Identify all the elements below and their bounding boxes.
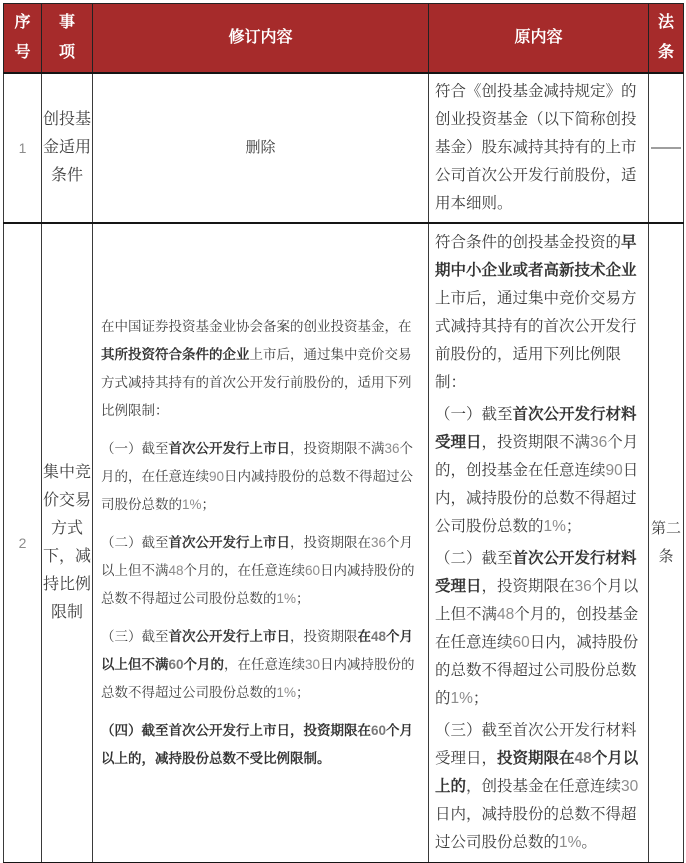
document-page: 序 号事 项修订内容原内容法 条 1创投基金适用条件删除符合《创投基金减持规定》… (0, 0, 686, 863)
column-header-revised: 修订内容 (93, 4, 429, 73)
numeric-text: 1% (451, 690, 473, 707)
emphasis-text: 首次公开发行上市日 (169, 535, 291, 550)
seq-cell: 2 (4, 223, 42, 863)
emphasis-text: 首次公开发行上市日 (169, 629, 291, 644)
paragraph: 符合《创投基金减持规定》的创业投资基金（以下简称创投基金）股东减持其持有的上市公… (435, 78, 642, 218)
numeric-text: 36 (590, 434, 607, 451)
law-article-cell: —— (649, 73, 684, 223)
plain-text: （三）截至 (101, 629, 169, 644)
plain-text: （一）截至 (101, 441, 169, 456)
table-header: 序 号事 项修订内容原内容法 条 (4, 4, 684, 73)
paragraph: 删除 (101, 134, 420, 162)
plain-text: 在中国证券投资基金业协会备案的创业投资基金，在 (101, 319, 412, 334)
original-content-cell: 符合《创投基金减持规定》的创业投资基金（以下简称创投基金）股东减持其持有的上市公… (429, 73, 649, 223)
plain-text: 删除 (245, 139, 275, 156)
plain-text: 符合《创投基金减持规定》的创业投资基金（以下简称创投基金）股东减持其持有的上市公… (435, 83, 637, 212)
numeric-text: 60 (513, 634, 530, 651)
numeric-text: 30 (305, 657, 320, 672)
numeric-text: 30 (621, 778, 638, 795)
paragraph: 在中国证券投资基金业协会备案的创业投资基金，在其所投资符合条件的企业上市后，通过… (101, 313, 420, 425)
revision-comparison-table: 序 号事 项修订内容原内容法 条 1创投基金适用条件删除符合《创投基金减持规定》… (3, 3, 684, 863)
numeric-text: 90 (606, 462, 623, 479)
numeric-text: 60 (371, 723, 386, 738)
plain-text: 上市后，通过集中竞价交易方式减持其持有的首次公开发行前股份的，适用下列比例限制： (435, 290, 637, 391)
plain-text: ，创投基金在任意连续30日内，减持股份的总数不得超过公司股份总数的1%。 (435, 778, 638, 851)
numeric-text: 1% (182, 497, 202, 512)
numeric-text: 2 (19, 535, 27, 551)
emphasis-text: （四）截至首次公开发行上市日，投资期限在60个月以上的，减持股份总数不受比例限制… (101, 723, 413, 766)
plain-text: （二）截至 (101, 535, 169, 550)
item-cell: 集中竞价交易方式下，减持比例限制 (42, 223, 93, 863)
emphasis-text: 其所投资符合条件的企业 (101, 347, 250, 362)
paragraph: （四）截至首次公开发行上市日，投资期限在60个月以上的，减持股份总数不受比例限制… (101, 717, 420, 773)
numeric-text: 36 (385, 441, 400, 456)
column-header-law: 法 条 (649, 4, 684, 73)
law-article-cell: 第二条 (649, 223, 684, 863)
numeric-text: 60 (169, 657, 184, 672)
numeric-text: 48 (371, 629, 386, 644)
column-header-item: 事 项 (42, 4, 93, 73)
plain-text: （二）截至 (435, 550, 513, 567)
numeric-text: 90 (209, 469, 224, 484)
numeric-text: 1% (277, 591, 297, 606)
column-header-seq: 序 号 (4, 4, 42, 73)
numeric-text: 1% (559, 834, 581, 851)
revised-content-cell: 在中国证券投资基金业协会备案的创业投资基金，在其所投资符合条件的企业上市后，通过… (93, 223, 429, 863)
paragraph: （二）截至首次公开发行上市日，投资期限在36个月以上但不满48个月的，在任意连续… (101, 529, 420, 613)
numeric-text: 1% (277, 685, 297, 700)
paragraph: （二）截至首次公开发行材料受理日，投资期限在36个月以上但不满48个月的，创投基… (435, 545, 642, 713)
table-row: 2集中竞价交易方式下，减持比例限制在中国证券投资基金业协会备案的创业投资基金，在… (4, 223, 684, 863)
numeric-text: 1 (19, 140, 27, 156)
emphasis-text: 首次公开发行上市日 (169, 441, 291, 456)
numeric-text: 1% (544, 518, 566, 535)
plain-text: 符合条件的创投基金投资的 (435, 234, 621, 251)
numeric-text: 36 (575, 578, 592, 595)
original-content-cell: 符合条件的创投基金投资的早期中小企业或者高新技术企业上市后，通过集中竞价交易方式… (429, 223, 649, 863)
paragraph: 符合条件的创投基金投资的早期中小企业或者高新技术企业上市后，通过集中竞价交易方式… (435, 229, 642, 397)
numeric-text: 48 (169, 563, 184, 578)
paragraph: （三）截至首次公开发行材料受理日，投资期限在48个月以上的，创投基金在任意连续3… (435, 717, 642, 857)
numeric-text: 36 (371, 535, 386, 550)
header-row: 序 号事 项修订内容原内容法 条 (4, 4, 684, 73)
plain-text: （一）截至 (435, 406, 513, 423)
plain-text: ，投资期限在36个月以上但不满48个月的，创投基金在任意连续60日内，减持股份的… (435, 578, 638, 707)
numeric-text: 48 (497, 606, 514, 623)
plain-text: ，投资期限 (290, 629, 358, 644)
paragraph: （一）截至首次公开发行上市日，投资期限不满36个月的，在任意连续90日内减持股份… (101, 435, 420, 519)
numeric-text: 60 (305, 563, 320, 578)
table-row: 1创投基金适用条件删除符合《创投基金减持规定》的创业投资基金（以下简称创投基金）… (4, 73, 684, 223)
revised-content-cell: 删除 (93, 73, 429, 223)
paragraph: （一）截至首次公开发行材料受理日，投资期限不满36个月的，创投基金在任意连续90… (435, 401, 642, 541)
paragraph: （三）截至首次公开发行上市日，投资期限在48个月以上但不满60个月的，在任意连续… (101, 623, 420, 707)
table-body: 1创投基金适用条件删除符合《创投基金减持规定》的创业投资基金（以下简称创投基金）… (4, 73, 684, 863)
column-header-original: 原内容 (429, 4, 649, 73)
item-cell: 创投基金适用条件 (42, 73, 93, 223)
seq-cell: 1 (4, 73, 42, 223)
numeric-text: 48 (575, 750, 592, 767)
